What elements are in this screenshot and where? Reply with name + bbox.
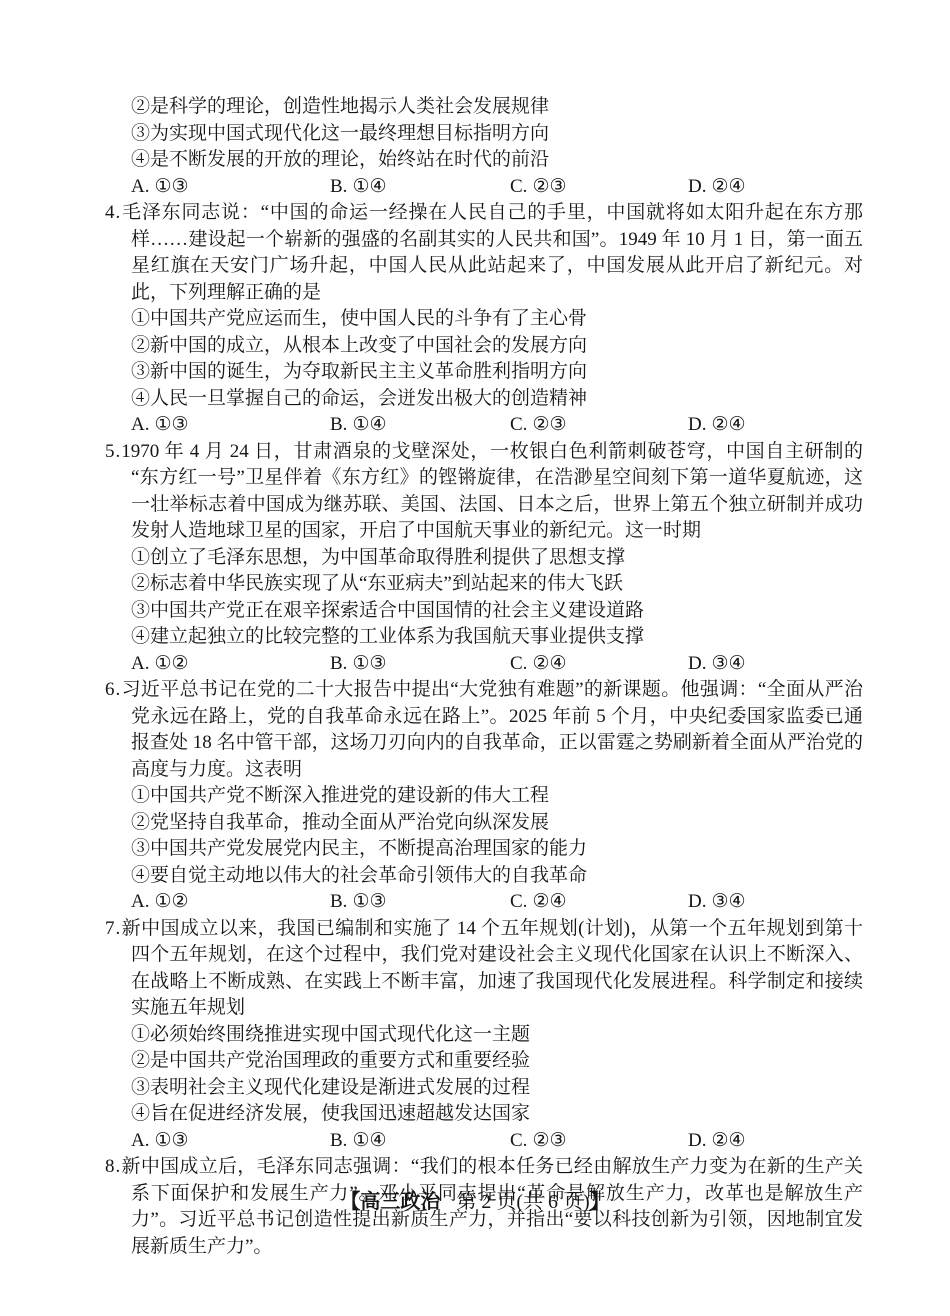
question-q5: 5.1970 年 4 月 24 日，甘肃酒泉的戈壁深处，一枚银白色利箭刺破苍穹，… [105,439,863,678]
option-a: A.①② [131,889,330,916]
option-value: ③④ [711,653,745,674]
option-label: A. [131,414,149,435]
questions-area: ②是科学的理论，创造性地揭示人类社会发展规律③为实现中国式现代化这一最终理想目标… [105,94,863,1260]
option-value: ②④ [711,414,745,435]
option-c: C.②③ [510,412,688,439]
options-row: A.①②B.①③C.②④D.③④ [105,651,863,678]
question-choice-item: ①创立了毛泽东思想，为中国革命取得胜利提供了思想支撑 [105,545,863,572]
option-label: A. [131,1130,149,1151]
options-row: A.①③B.①④C.②③D.②④ [105,174,863,201]
question-number: 7. [105,918,121,939]
question-choice-item: ③中国共产党发展党内民主，不断提高治理国家的能力 [105,836,863,863]
question-choice-item: ④是不断发展的开放的理论，始终站在时代的前沿 [105,147,863,174]
footer-page-info: 第 2 页(共 6 页) [456,1191,589,1213]
option-b: B.①④ [330,174,510,201]
question-choice-item: ④要自觉主动地以伟大的社会革命引领伟大的自我革命 [105,863,863,890]
question-choice-item: ②是中国共产党治国理政的重要方式和重要经验 [105,1048,863,1075]
option-a: A.①③ [131,174,330,201]
option-d: D.②④ [688,412,746,439]
options-row: A.①③B.①④C.②③D.②④ [105,412,863,439]
option-label: A. [131,176,149,197]
options-row: A.①③B.①④C.②③D.②④ [105,1128,863,1155]
footer-subject-title: 高三政治 [360,1191,440,1213]
footer-bracket-left: 【 [340,1191,360,1213]
options-row: A.①②B.①③C.②④D.③④ [105,889,863,916]
question-choice-item: ④旨在促进经济发展，使我国迅速超越发达国家 [105,1101,863,1128]
option-c: C.②③ [510,174,688,201]
option-label: C. [510,176,527,197]
option-value: ②④ [532,653,566,674]
option-label: C. [510,414,527,435]
question-choice-item: ①中国共产党应运而生，使中国人民的斗争有了主心骨 [105,306,863,333]
option-value: ①④ [352,414,386,435]
question-choice-item: ①中国共产党不断深入推进党的建设新的伟大工程 [105,783,863,810]
question-number: 5. [105,441,121,462]
option-b: B.①③ [330,889,510,916]
option-value: ①② [154,891,188,912]
question-q7: 7.新中国成立以来，我国已编制和实施了 14 个五年规划(计划)，从第一个五年规… [105,916,863,1155]
option-d: D.②④ [688,1128,746,1155]
option-value: ①④ [352,176,386,197]
question-choice-item: ③表明社会主义现代化建设是渐进式发展的过程 [105,1075,863,1102]
question-q3-continued: ②是科学的理论，创造性地揭示人类社会发展规律③为实现中国式现代化这一最终理想目标… [105,94,863,200]
option-value: ②③ [532,176,566,197]
question-stem: 4.毛泽东同志说：“中国的命运一经操在人民自己的手里，中国就将如太阳升起在东方那… [105,200,863,306]
question-choice-item: ②党坚持自我革命，推动全面从严治党向纵深发展 [105,810,863,837]
question-choice-item: ②新中国的成立，从根本上改变了中国社会的发展方向 [105,333,863,360]
option-label: B. [330,414,347,435]
question-stem: 7.新中国成立以来，我国已编制和实施了 14 个五年规划(计划)，从第一个五年规… [105,916,863,1022]
question-choice-item: ④人民一旦掌握自己的命运，会迸发出极大的创造精神 [105,386,863,413]
option-c: C.②④ [510,889,688,916]
question-q4: 4.毛泽东同志说：“中国的命运一经操在人民自己的手里，中国就将如太阳升起在东方那… [105,200,863,439]
option-label: A. [131,653,149,674]
question-number: 8. [105,1156,121,1177]
option-value: ①③ [154,414,188,435]
option-value: ①③ [352,653,386,674]
option-label: D. [688,653,706,674]
question-choice-item: ②是科学的理论，创造性地揭示人类社会发展规律 [105,94,863,121]
option-label: D. [688,176,706,197]
option-a: A.①② [131,651,330,678]
option-label: C. [510,653,527,674]
question-stem: 5.1970 年 4 月 24 日，甘肃酒泉的戈壁深处，一枚银白色利箭刺破苍穹，… [105,439,863,545]
option-c: C.②④ [510,651,688,678]
option-label: B. [330,891,347,912]
page-footer: 【高三政治第 2 页(共 6 页)】 [0,1188,950,1216]
option-value: ②③ [532,1130,566,1151]
question-choice-item: ③新中国的诞生，为夺取新民主主义革命胜利指明方向 [105,359,863,386]
option-label: C. [510,1130,527,1151]
question-number: 6. [105,679,121,700]
exam-page: ②是科学的理论，创造性地揭示人类社会发展规律③为实现中国式现代化这一最终理想目标… [0,0,950,1316]
question-choice-item: ③为实现中国式现代化这一最终理想目标指明方向 [105,121,863,148]
question-q6: 6.习近平总书记在党的二十大报告中提出“大党独有难题”的新课题。他强调：“全面从… [105,677,863,916]
question-choice-item: ②标志着中华民族实现了从“东亚病夫”到站起来的伟大飞跃 [105,571,863,598]
option-label: D. [688,414,706,435]
option-a: A.①③ [131,1128,330,1155]
option-label: B. [330,176,347,197]
option-label: A. [131,891,149,912]
option-d: D.③④ [688,651,746,678]
option-value: ②④ [711,176,745,197]
option-value: ①③ [154,176,188,197]
option-d: D.③④ [688,889,746,916]
option-d: D.②④ [688,174,746,201]
option-value: ①④ [352,1130,386,1151]
option-value: ①② [154,653,188,674]
option-a: A.①③ [131,412,330,439]
option-value: ②③ [532,414,566,435]
question-choice-item: ①必须始终围绕推进实现中国式现代化这一主题 [105,1022,863,1049]
option-value: ①③ [352,891,386,912]
option-label: D. [688,1130,706,1151]
option-c: C.②③ [510,1128,688,1155]
option-value: ②④ [532,891,566,912]
option-b: B.①④ [330,412,510,439]
option-b: B.①③ [330,651,510,678]
option-label: D. [688,891,706,912]
question-stem: 6.习近平总书记在党的二十大报告中提出“大党独有难题”的新课题。他强调：“全面从… [105,677,863,783]
question-number: 4. [105,202,121,223]
option-value: ③④ [711,891,745,912]
option-label: B. [330,653,347,674]
footer-bracket-right: 】 [590,1191,610,1213]
option-label: B. [330,1130,347,1151]
option-value: ②④ [711,1130,745,1151]
option-b: B.①④ [330,1128,510,1155]
question-choice-item: ③中国共产党正在艰辛探索适合中国国情的社会主义建设道路 [105,598,863,625]
option-label: C. [510,891,527,912]
question-choice-item: ④建立起独立的比较完整的工业体系为我国航天事业提供支撑 [105,624,863,651]
option-value: ①③ [154,1130,188,1151]
